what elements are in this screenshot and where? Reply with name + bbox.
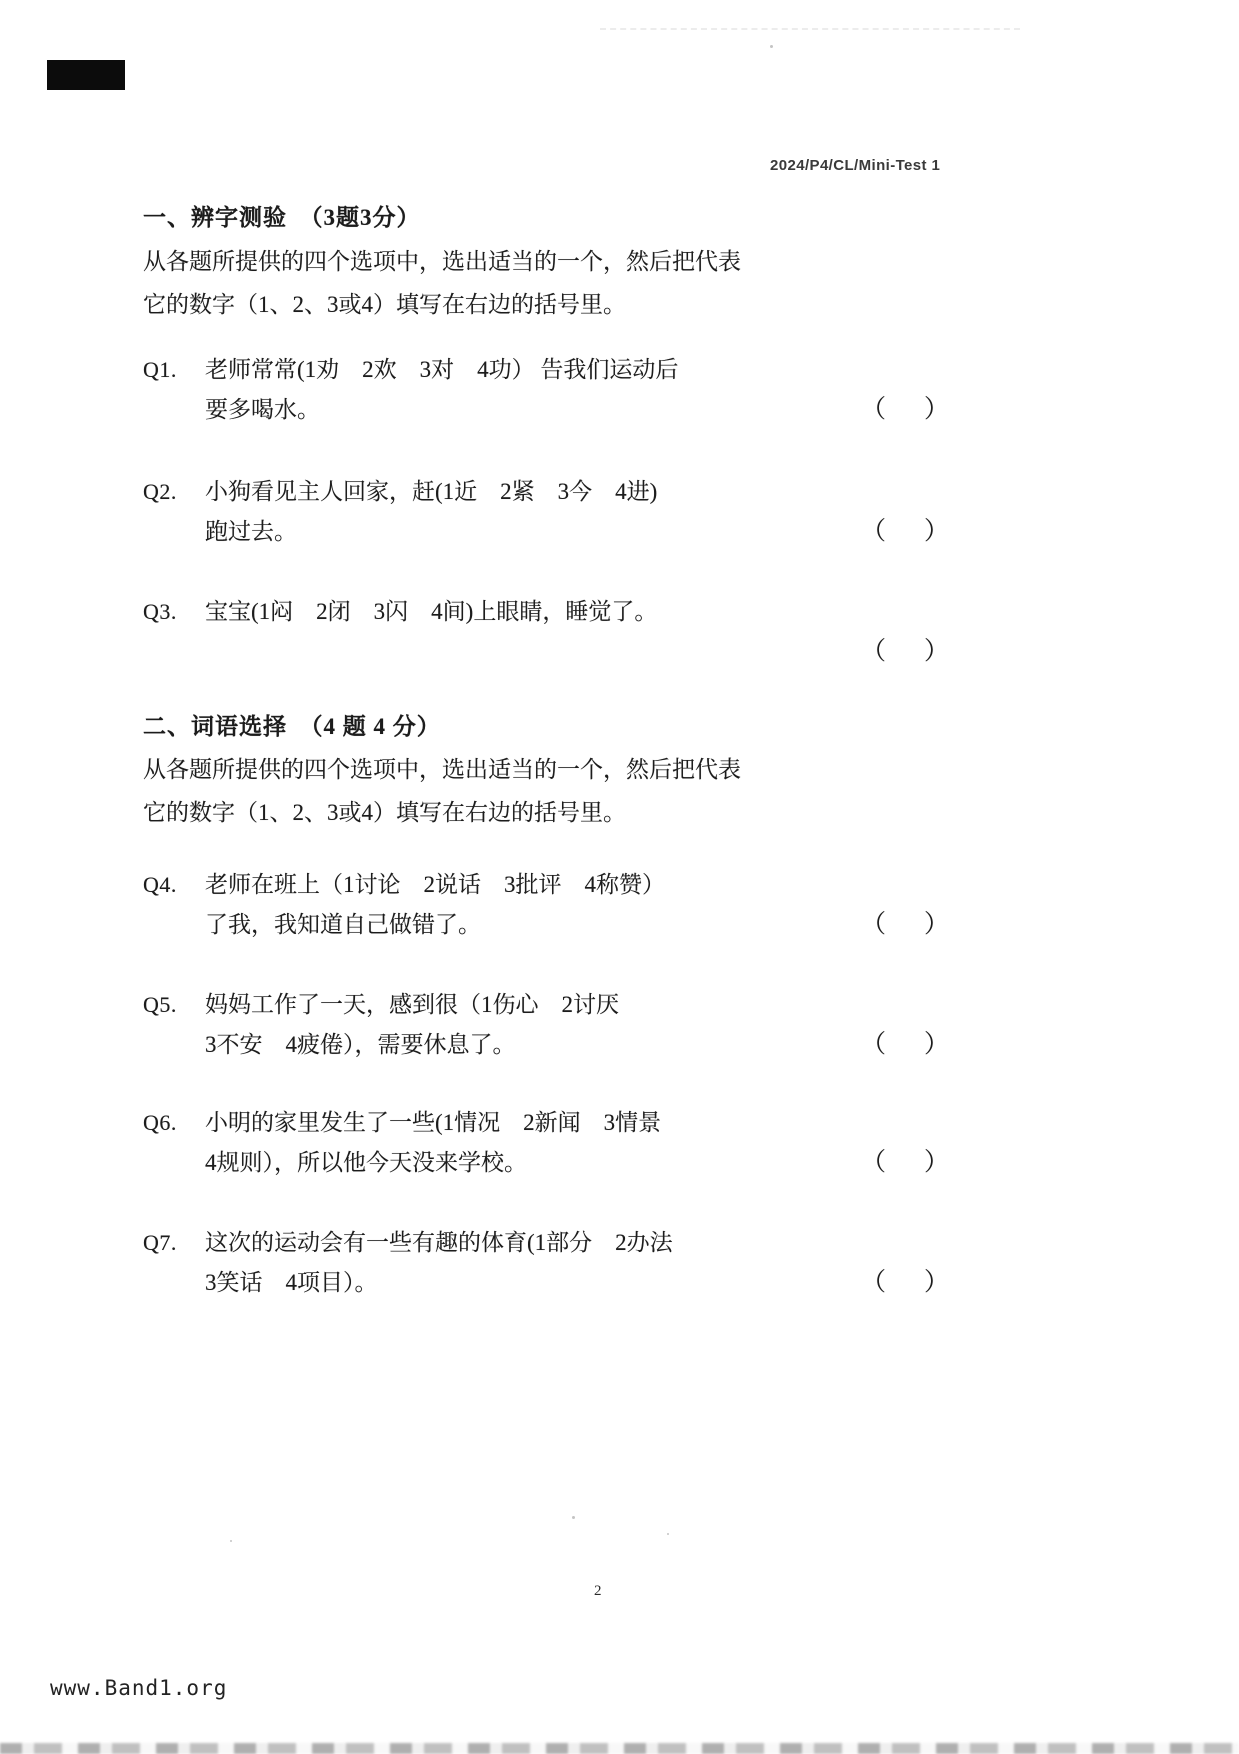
section-1-title: 一、辨字测验 （3题3分） (143, 203, 421, 233)
section-1-instruction-line-1: 从各题所提供的四个选项中，选出适当的一个，然后把代表 (143, 247, 1003, 277)
scan-artifact-dashes (600, 28, 1020, 30)
question-q2: Q2. 小狗看见主人回家，赶(1近 2紧 3今 4进) 跑过去。 （） (143, 477, 973, 547)
question-text-line-2: 3笑话 4项目）。 (205, 1268, 378, 1298)
question-text-line-2: 3不安 4疲倦），需要休息了。 (205, 1030, 516, 1060)
question-text-line-1: 小狗看见主人回家，赶(1近 2紧 3今 4进) (205, 477, 657, 507)
question-q1: Q1. 老师常常(1劝 2欢 3对 4功） 告我们运动后 要多喝水。 （） (143, 355, 973, 425)
bracket-close: ） (924, 1030, 949, 1060)
section-1-instruction-line-2: 它的数字（1、2、3或4）填写在右边的括号里。 (143, 290, 1003, 320)
section-2-title: 二、词语选择 （4 题 4 分） (143, 712, 441, 742)
answer-bracket: （） (861, 395, 949, 425)
answer-bracket: （） (861, 1148, 949, 1178)
paper-code: 2024/P4/CL/Mini-Test 1 (770, 157, 940, 174)
question-text-line-1: 老师在班上（1讨论 2说话 3批评 4称赞） (205, 870, 665, 900)
redaction-bar (47, 60, 125, 90)
question-number: Q7. (143, 1228, 205, 1258)
scan-speck (572, 1516, 575, 1519)
answer-bracket: （） (861, 517, 949, 547)
scan-speck (230, 1540, 232, 1542)
question-text-line-2: 跑过去。 (205, 517, 297, 547)
scan-edge-artifact (0, 1743, 1239, 1754)
bracket-close: ） (924, 1268, 949, 1298)
bracket-open: （ (861, 1268, 886, 1298)
question-number: Q3. (143, 597, 205, 627)
bracket-open: （ (861, 1030, 886, 1060)
bracket-close: ） (924, 517, 949, 547)
question-q6: Q6. 小明的家里发生了一些(1情况 2新闻 3情景 4规则），所以他今天没来学… (143, 1108, 973, 1178)
bracket-open: （ (861, 517, 886, 547)
bracket-open: （ (861, 637, 886, 667)
question-text-line-1: 这次的运动会有一些有趣的体育(1部分 2办法 (205, 1228, 673, 1258)
scan-speck (770, 45, 773, 48)
question-q3: Q3. 宝宝(1闷 2闭 3闪 4间)上眼睛，睡觉了。 （） (143, 597, 973, 637)
question-q4: Q4. 老师在班上（1讨论 2说话 3批评 4称赞） 了我，我知道自己做错了。 … (143, 870, 973, 940)
page-number: 2 (594, 1583, 602, 1600)
answer-bracket: （） (861, 1030, 949, 1060)
question-text-line-2: 4规则），所以他今天没来学校。 (205, 1148, 527, 1178)
answer-bracket: （） (861, 637, 949, 667)
section-2-instruction-line-2: 它的数字（1、2、3或4）填写在右边的括号里。 (143, 798, 1003, 828)
question-text-line-2: 要多喝水。 (205, 395, 320, 425)
bracket-close: ） (924, 637, 949, 667)
question-text-line-1: 老师常常(1劝 2欢 3对 4功） 告我们运动后 (205, 355, 678, 385)
question-number: Q1. (143, 355, 205, 385)
section-2-instruction-line-1: 从各题所提供的四个选项中，选出适当的一个，然后把代表 (143, 755, 1003, 785)
answer-bracket: （） (861, 910, 949, 940)
question-text-line-1: 宝宝(1闷 2闭 3闪 4间)上眼睛，睡觉了。 (205, 597, 657, 627)
question-number: Q2. (143, 477, 205, 507)
question-text-line-2: 了我，我知道自己做错了。 (205, 910, 481, 940)
answer-bracket: （） (861, 1268, 949, 1298)
bracket-open: （ (861, 395, 886, 425)
bracket-open: （ (861, 910, 886, 940)
watermark-url: www.Band1.org (50, 1676, 227, 1700)
bracket-close: ） (924, 910, 949, 940)
question-q7: Q7. 这次的运动会有一些有趣的体育(1部分 2办法 3笑话 4项目）。 （） (143, 1228, 973, 1298)
question-q5: Q5. 妈妈工作了一天，感到很（1伤心 2讨厌 3不安 4疲倦），需要休息了。 … (143, 990, 973, 1060)
question-number: Q5. (143, 990, 205, 1020)
question-number: Q4. (143, 870, 205, 900)
bracket-close: ） (924, 395, 949, 425)
scanned-test-page: 2024/P4/CL/Mini-Test 1 一、辨字测验 （3题3分） 从各题… (0, 0, 1239, 1754)
scan-speck (667, 1533, 669, 1535)
bracket-close: ） (924, 1148, 949, 1178)
bracket-open: （ (861, 1148, 886, 1178)
question-text-line-1: 妈妈工作了一天，感到很（1伤心 2讨厌 (205, 990, 619, 1020)
question-text-line-1: 小明的家里发生了一些(1情况 2新闻 3情景 (205, 1108, 661, 1138)
question-number: Q6. (143, 1108, 205, 1138)
